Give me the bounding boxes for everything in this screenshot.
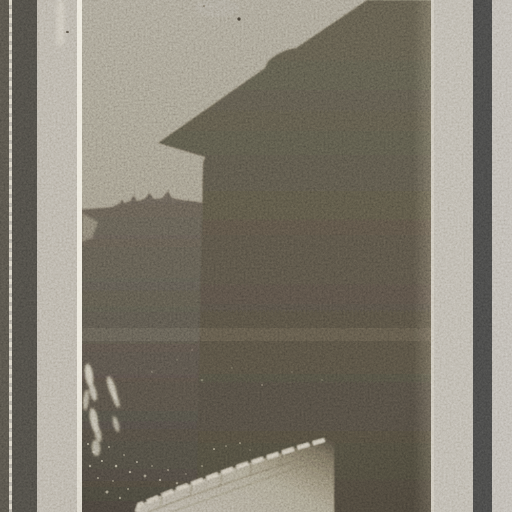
right-film-edge-band: [492, 0, 512, 512]
film-strip-photo-frame: [0, 0, 512, 512]
right-film-band: [431, 0, 473, 512]
dust-speck-band: [66, 31, 69, 33]
left-dark-strip: [12, 0, 37, 512]
left-film-band: [37, 0, 77, 512]
right-dark-strip: [473, 0, 492, 512]
dust-speck-faint: [203, 5, 205, 7]
photo-vignette: [82, 0, 431, 512]
photograph: [82, 0, 431, 512]
frame-divider-line: [77, 0, 82, 512]
left-film-edge: [0, 0, 9, 512]
right-divider-line: [431, 0, 434, 512]
film-band-smudge: [57, 0, 64, 46]
